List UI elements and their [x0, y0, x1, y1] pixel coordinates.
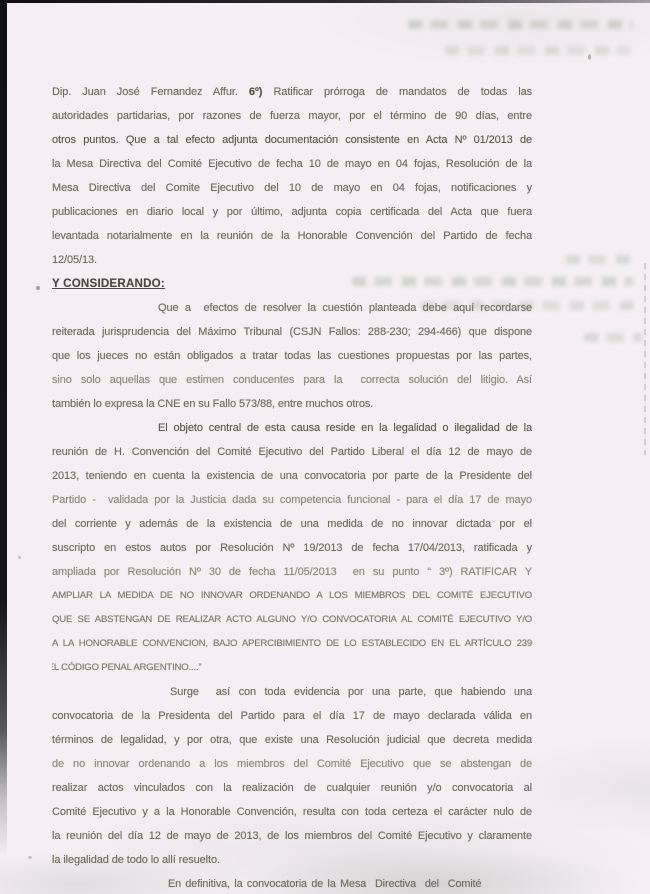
document-line: suscripto en estos autos por Resolución …	[52, 536, 532, 560]
scan-edge-top	[0, 0, 650, 3]
document-line: publicaciones en diario local y por últi…	[52, 200, 532, 224]
document-line: reiterada jurisprudencia del Máximo Trib…	[52, 320, 532, 344]
document-line: levantada notarialmente en la reunión de…	[52, 224, 532, 248]
document-line: también lo expresa la CNE en su Fallo 57…	[52, 392, 532, 416]
document-line: de no innovar ordenando a los miembros d…	[52, 752, 532, 776]
scan-speck	[28, 856, 32, 859]
scan-smudge	[408, 20, 633, 29]
document-line: otros puntos. Que a tal efecto adjunta d…	[52, 128, 532, 152]
document-line: que los jueces no están obligados a trat…	[52, 344, 532, 368]
scanned-page: Dip. Juan José Fernandez Affur. 6º) Rati…	[0, 0, 650, 894]
scan-edge-left	[0, 0, 7, 858]
scan-smudge	[566, 255, 636, 264]
document-line: sino solo aquellas que estimen conducent…	[52, 368, 532, 392]
scan-speck	[36, 286, 40, 290]
document-line: En definitiva, la convocatoria de la Mes…	[52, 872, 532, 894]
document-line: Partido - validada por la Justicia dada …	[52, 488, 532, 512]
document-line: A LA HONORABLE CONVENCION, BAJO APERCIBI…	[52, 632, 532, 656]
document-line: del corriente y además de la existencia …	[52, 512, 532, 536]
document-line: la ilegalidad de todo lo allí resuelto.	[52, 848, 532, 872]
document-line: reunión de H. Convención del Comité Ejec…	[52, 440, 532, 464]
document-line: Surge así con toda evidencia por una par…	[52, 680, 532, 704]
document-line: ampliada por Resolución Nº 30 de fecha 1…	[52, 560, 532, 584]
section-heading: Y CONSIDERANDO:	[52, 272, 532, 296]
document-line: la Mesa Directiva del Comité Ejecutivo d…	[52, 152, 532, 176]
scan-smudge	[445, 46, 630, 55]
document-line: Dip. Juan José Fernandez Affur. 6º) Rati…	[52, 80, 532, 104]
document-line: términos de legalidad, y por otra, que e…	[52, 728, 532, 752]
document-line: 2013, teniendo en cuenta la existencia d…	[52, 464, 532, 488]
document-line: la reunión del día 12 de mayo de 2013, d…	[52, 824, 532, 848]
document-line: , DEL CÓDIGO PENAL ARGENTINO....”	[52, 656, 532, 680]
document-line: Que a efectos de resolver la cuestión pl…	[52, 296, 532, 320]
document-line: Comité Ejecutivo y a la Honorable Conven…	[52, 800, 532, 824]
document-line: QUE SE ABSTENGAN DE REALIZAR ACTO ALGUNO…	[52, 608, 532, 632]
document-text: Dip. Juan José Fernandez Affur. 6º) Rati…	[52, 80, 532, 894]
document-line: autoridades partidarias, por razones de …	[52, 104, 532, 128]
document-line: convocatoria de la Presidenta del Partid…	[52, 704, 532, 728]
scan-line-artifact	[644, 263, 646, 455]
document-line: Mesa Directiva del Comite Ejecutivo del …	[52, 176, 532, 200]
scan-speck	[18, 556, 21, 559]
document-line: AMPLIAR LA MEDIDA DE NO INNOVAR ORDENAND…	[52, 584, 532, 608]
document-line: realizar actos vinculados con la realiza…	[52, 776, 532, 800]
document-line: 12/05/13.	[52, 248, 532, 272]
scan-speck	[588, 54, 591, 60]
scan-smudge	[584, 333, 642, 342]
document-line: El objeto central de esta causa reside e…	[52, 416, 532, 440]
